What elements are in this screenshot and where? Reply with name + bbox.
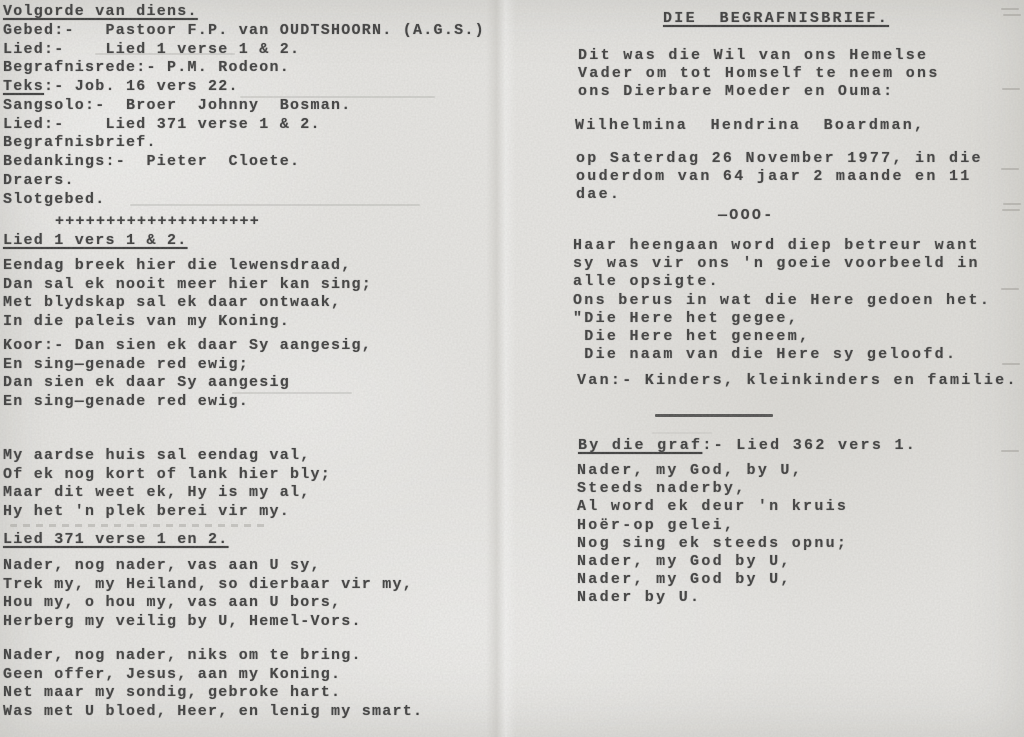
page-edge-mark <box>1002 209 1020 211</box>
funeral-letter-heading: DIE BEGRAFNISBRIEF. <box>663 10 889 28</box>
page-edge-mark <box>1002 88 1020 90</box>
letter-intro: Dit was die Wil van ons Hemelse Vader om… <box>578 47 940 102</box>
ink-smudge <box>240 96 435 98</box>
page-edge-mark <box>1001 168 1019 170</box>
song1-stanza1: Eendag breek hier die lewensdraad, Dan s… <box>3 257 372 332</box>
program-lines-bottom: Sangsolo:- Broer Johnny Bosman. Lied:- L… <box>3 97 352 209</box>
song1-heading: Lied 1 vers 1 & 2. <box>3 232 188 251</box>
song1-stanza2: Koor:- Dan sien ek daar Sy aangesig, En … <box>3 337 372 412</box>
page-edge-mark <box>1002 363 1020 365</box>
ink-smudge <box>95 53 235 55</box>
date-and-age: op Saterdag 26 November 1977, in die oud… <box>576 150 983 205</box>
teks-label: Teks <box>3 78 44 95</box>
page-edge-mark <box>1001 288 1019 290</box>
program-teks-line: Teks:- Job. 16 vers 22. <box>3 78 239 97</box>
graveside-heading-line: By die graf:- Lied 362 vers 1. <box>578 437 917 455</box>
song2-stanza1: Nader, nog nader, vas aan U sy, Trek my,… <box>3 557 413 632</box>
ink-smudge <box>130 204 420 206</box>
ooo-divider: —OOO- <box>718 207 775 225</box>
graveside-hymn-reference: :- Lied 362 vers 1. <box>702 437 917 454</box>
order-of-service-heading: Volgorde van diens. <box>3 3 198 22</box>
teks-reference: :- Job. 16 vers 22. <box>44 78 239 95</box>
page-edge-mark <box>1001 450 1019 452</box>
section-divider-rule <box>655 414 773 417</box>
funeral-program-scan: Volgorde van diens. Gebed:- Pastoor F.P.… <box>0 0 1024 737</box>
song2-heading: Lied 371 verse 1 en 2. <box>3 531 229 550</box>
ink-smudge <box>232 392 352 394</box>
song2-stanza2: Nader, nog nader, niks om te bring. Geen… <box>3 647 423 722</box>
ink-smudge <box>652 432 712 434</box>
from-family-line: Van:- Kinders, kleinkinders en familie. <box>577 372 1018 390</box>
page-edge-mark <box>1003 14 1021 16</box>
graveside-song: Nader, my God, by U, Steeds naderby, Al … <box>577 462 848 608</box>
deceased-name: Wilhelmina Hendrina Boardman, <box>575 117 925 135</box>
program-lines-top: Gebed:- Pastoor F.P. van OUDTSHOORN. (A.… <box>3 22 485 78</box>
paper-fold-crease <box>486 0 516 737</box>
tribute-text: Haar heengaan word diep betreur want sy … <box>573 237 991 364</box>
ink-smudge <box>10 524 270 527</box>
plus-divider: ++++++++++++++++++++ <box>55 213 260 232</box>
page-edge-mark <box>1001 8 1019 10</box>
song1-stanza3: My aardse huis sal eendag val, Of ek nog… <box>3 447 331 522</box>
page-edge-mark <box>1003 203 1021 205</box>
graveside-label: By die graf <box>578 437 702 454</box>
